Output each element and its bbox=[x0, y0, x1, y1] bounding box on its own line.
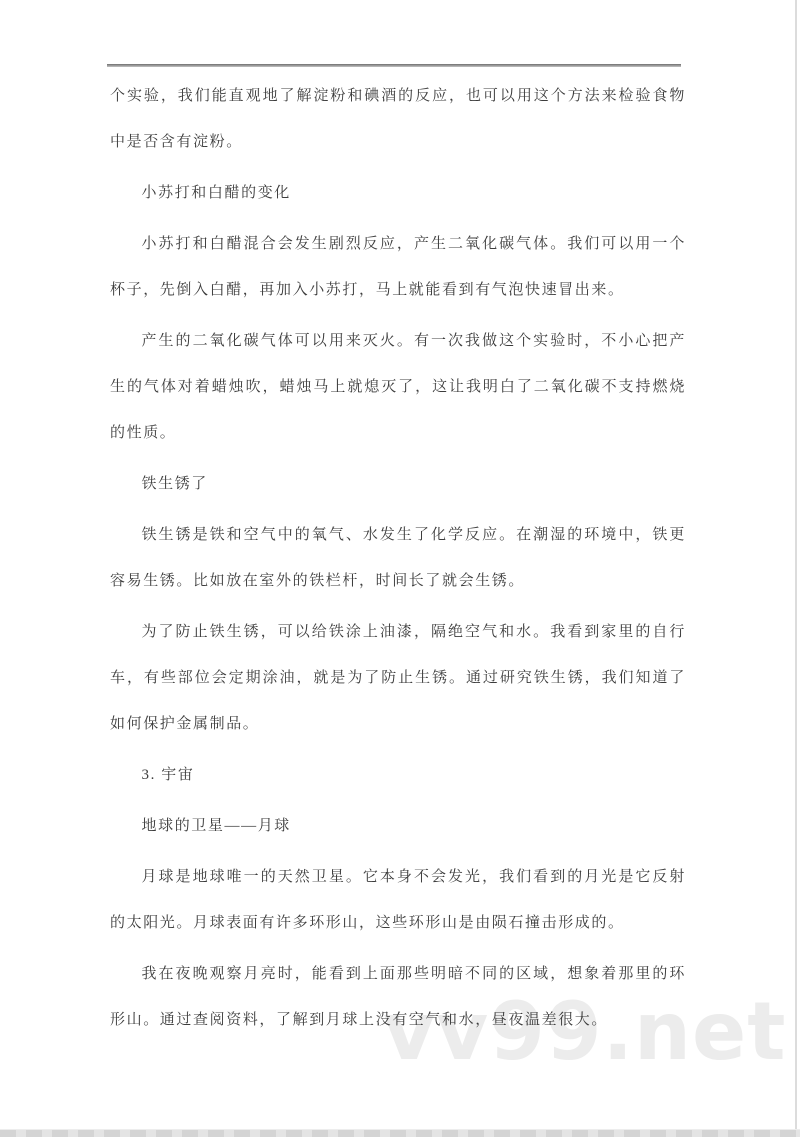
document-body: 个实验，我们能直观地了解淀粉和碘酒的反应，也可以用这个方法来检验食物中是否含有淀… bbox=[110, 73, 686, 1048]
section-heading: 地球的卫星——月球 bbox=[110, 803, 686, 849]
section-heading: 3. 宇宙 bbox=[110, 752, 686, 798]
section-heading: 小苏打和白醋的变化 bbox=[110, 170, 686, 216]
header-rule bbox=[107, 64, 681, 67]
paragraph: 小苏打和白醋混合会发生剧烈反应，产生二氧化碳气体。我们可以用一个杯子，先倒入白醋… bbox=[110, 221, 686, 313]
section-heading: 铁生锈了 bbox=[110, 461, 686, 507]
paragraph: 铁生锈是铁和空气中的氧气、水发生了化学反应。在潮湿的环境中，铁更容易生锈。比如放… bbox=[110, 512, 686, 604]
paragraph: 我在夜晚观察月亮时，能看到上面那些明暗不同的区域，想象着那里的环形山。通过查阅资… bbox=[110, 951, 686, 1043]
paragraph: 为了防止铁生锈，可以给铁涂上油漆，隔绝空气和水。我看到家里的自行车，有些部位会定… bbox=[110, 609, 686, 747]
right-page-border bbox=[795, 0, 797, 1137]
page-gap-strip bbox=[0, 1129, 800, 1137]
paragraph: 月球是地球唯一的天然卫星。它本身不会发光，我们看到的月光是它反射的太阳光。月球表… bbox=[110, 854, 686, 946]
document-page: vv99.net 个实验，我们能直观地了解淀粉和碘酒的反应，也可以用这个方法来检… bbox=[0, 0, 800, 1137]
paragraph: 产生的二氧化碳气体可以用来灭火。有一次我做这个实验时，不小心把产生的气体对着蜡烛… bbox=[110, 318, 686, 456]
paragraph: 个实验，我们能直观地了解淀粉和碘酒的反应，也可以用这个方法来检验食物中是否含有淀… bbox=[110, 73, 686, 165]
